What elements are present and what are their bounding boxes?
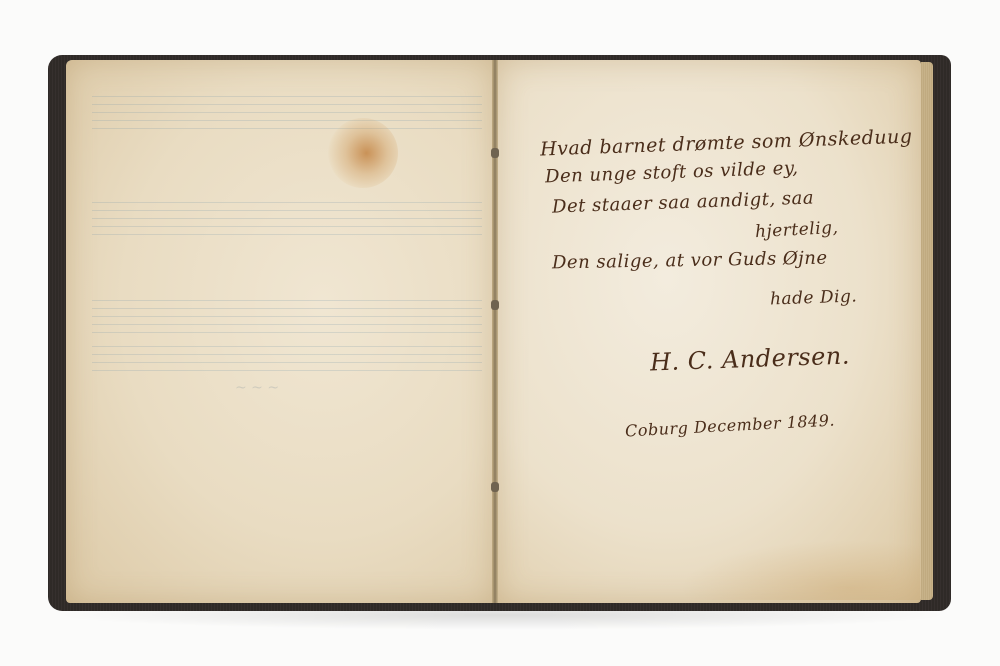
foxing-stain bbox=[328, 118, 398, 188]
water-stain bbox=[680, 540, 920, 600]
show-through-text: ~ ~ ~ bbox=[235, 380, 279, 396]
staff-line bbox=[92, 104, 482, 105]
stitch bbox=[491, 148, 499, 158]
staff-line bbox=[92, 300, 482, 301]
staff-line bbox=[92, 128, 482, 129]
staff-line bbox=[92, 316, 482, 317]
staff-line bbox=[92, 370, 482, 371]
staff-line bbox=[92, 96, 482, 97]
stitch bbox=[491, 482, 499, 492]
page-edges bbox=[921, 62, 933, 600]
staff-line bbox=[92, 120, 482, 121]
staff-line bbox=[92, 324, 482, 325]
inscription-line-6: hade Dig. bbox=[770, 286, 858, 309]
staff-line bbox=[92, 308, 482, 309]
staff-line bbox=[92, 210, 482, 211]
staff-line bbox=[92, 202, 482, 203]
book-spine bbox=[492, 60, 498, 603]
staff-line bbox=[92, 234, 482, 235]
staff-line bbox=[92, 218, 482, 219]
stitch bbox=[491, 300, 499, 310]
staff-line bbox=[92, 226, 482, 227]
staff-line bbox=[92, 354, 482, 355]
staff-line bbox=[92, 346, 482, 347]
staff-line bbox=[92, 362, 482, 363]
staff-line bbox=[92, 112, 482, 113]
staff-line bbox=[92, 332, 482, 333]
